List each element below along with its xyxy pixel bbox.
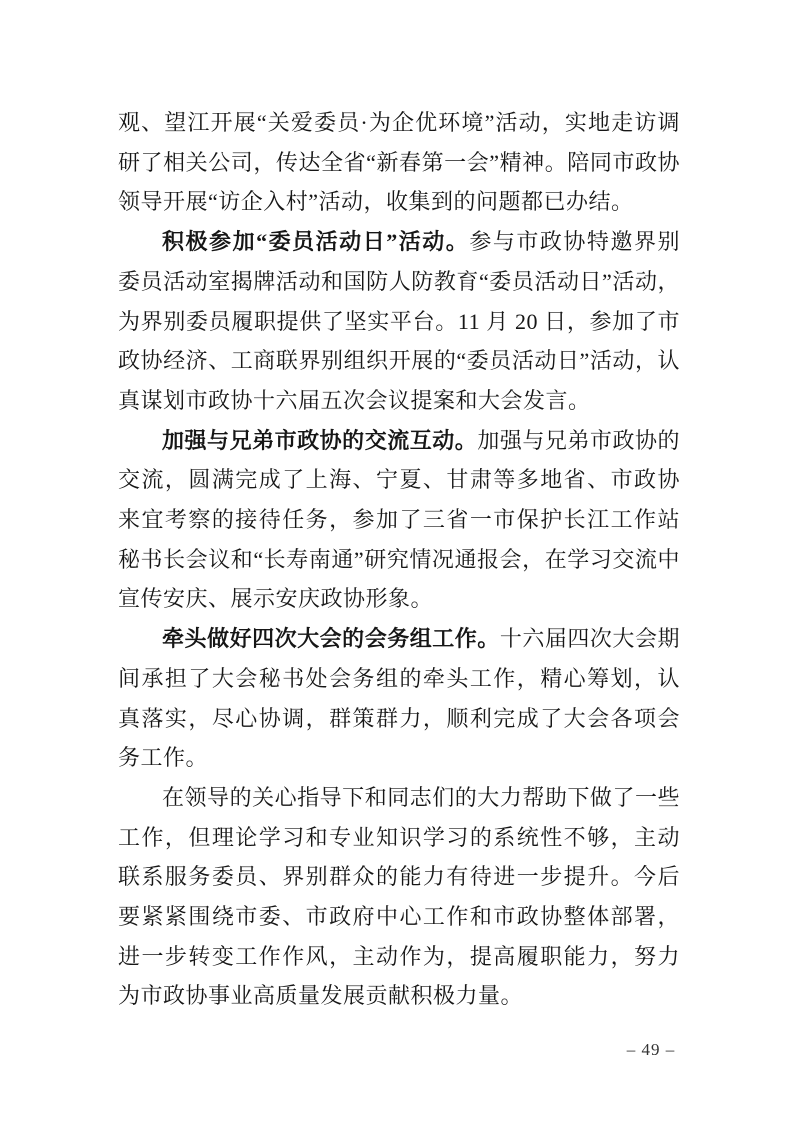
paragraph: 积极参加“委员活动日”活动。参与市政协特邀界别委员活动室揭牌活动和国防人防教育“… xyxy=(118,222,680,421)
page-number: – 49 – xyxy=(620,1040,682,1060)
paragraph: 牵头做好四次大会的会务组工作。十六届四次大会期间承担了大会秘书处会务组的牵头工作… xyxy=(118,619,680,778)
paragraph-text: 参与市政协特邀界别委员活动室揭牌活动和国防人防教育“委员活动日”活动，为界别委员… xyxy=(118,229,680,413)
paragraph: 在领导的关心指导下和同志们的大力帮助下做了一些工作，但理论学习和专业知识学习的系… xyxy=(118,778,680,1016)
paragraph-text: 在领导的关心指导下和同志们的大力帮助下做了一些工作，但理论学习和专业知识学习的系… xyxy=(118,785,680,1009)
paragraph-lead: 牵头做好四次大会的会务组工作。 xyxy=(162,626,500,651)
paragraph-lead: 加强与兄弟市政协的交流互动。 xyxy=(162,428,477,453)
paragraph-continuation: 观、望江开展“关爱委员·为企优环境”活动，实地走访调研了相关公司，传达全省“新春… xyxy=(118,103,680,222)
paragraph: 加强与兄弟市政协的交流互动。加强与兄弟市政协的交流，圆满完成了上海、宁夏、甘肃等… xyxy=(118,421,680,620)
paragraph-lead: 积极参加“委员活动日”活动。 xyxy=(162,229,469,254)
paragraph-text: 加强与兄弟市政协的交流，圆满完成了上海、宁夏、甘肃等多地省、市政协来宜考察的接待… xyxy=(118,428,680,612)
document-body: 观、望江开展“关爱委员·为企优环境”活动，实地走访调研了相关公司，传达全省“新春… xyxy=(118,103,680,1016)
document-page: 观、望江开展“关爱委员·为企优环境”活动，实地走访调研了相关公司，传达全省“新春… xyxy=(0,0,793,1122)
paragraph-text: 观、望江开展“关爱委员·为企优环境”活动，实地走访调研了相关公司，传达全省“新春… xyxy=(118,110,680,214)
